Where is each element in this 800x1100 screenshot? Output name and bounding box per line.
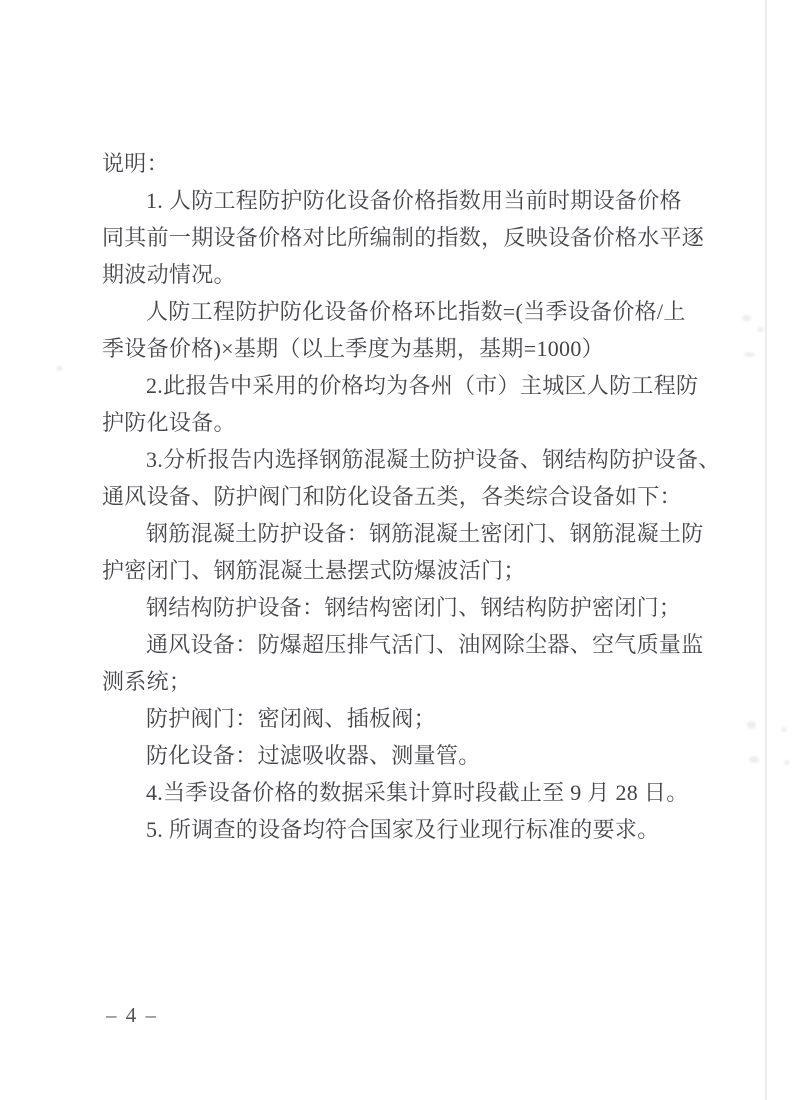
text-line: 护密闭门、钢筋混凝土悬摆式防爆波活门； [102, 552, 702, 589]
text-line: 防化设备：过滤吸收器、测量管。 [102, 737, 702, 774]
scan-artifact [781, 727, 787, 732]
text-line: 通风设备、防护阀门和防化设备五类，各类综合设备如下： [102, 478, 702, 515]
document-body: 说明： 1. 人防工程防护防化设备价格指数用当前时期设备价格 同其前一期设备价格… [102, 145, 702, 848]
text-line: 4.当季设备价格的数据采集计算时段截止至 9 月 28 日。 [102, 774, 702, 811]
scan-artifact [56, 366, 63, 371]
scan-edge-line [765, 0, 767, 1100]
text-line: 防护阀门：密闭阀、插板阀； [102, 700, 702, 737]
text-line: 3.分析报告内选择钢筋混凝土防护设备、钢结构防护设备、 [102, 441, 702, 478]
page-number: – 4 – [106, 1003, 158, 1028]
document-page: 说明： 1. 人防工程防护防化设备价格指数用当前时期设备价格 同其前一期设备价格… [0, 0, 800, 1100]
text-line: 通风设备：防爆超压排气活门、油网除尘器、空气质量监 [102, 626, 702, 663]
text-line: 钢筋混凝土防护设备：钢筋混凝土密闭门、钢筋混凝土防 [102, 515, 702, 552]
scan-artifact [784, 760, 790, 765]
text-line: 1. 人防工程防护防化设备价格指数用当前时期设备价格 [102, 182, 702, 219]
text-line: 5. 所调查的设备均符合国家及行业现行标准的要求。 [102, 811, 702, 848]
scan-artifact [742, 315, 751, 321]
scan-artifact [749, 756, 759, 763]
text-line: 同其前一期设备价格对比所编制的指数，反映设备价格水平逐 [102, 219, 702, 256]
scan-artifact [747, 721, 756, 729]
text-line: 2.此报告中采用的价格均为各州（市）主城区人防工程防 [102, 367, 702, 404]
section-heading: 说明： [102, 145, 702, 182]
text-line: 人防工程防护防化设备价格环比指数=(当季设备价格/上 [102, 293, 702, 330]
text-line: 钢结构防护设备：钢结构密闭门、钢结构防护密闭门； [102, 589, 702, 626]
text-line: 测系统； [102, 663, 702, 700]
scan-artifact [757, 327, 764, 332]
scan-artifact [744, 352, 755, 357]
text-line: 期波动情况。 [102, 256, 702, 293]
text-line: 护防化设备。 [102, 404, 702, 441]
text-line: 季设备价格)×基期（以上季度为基期，基期=1000） [102, 330, 702, 367]
